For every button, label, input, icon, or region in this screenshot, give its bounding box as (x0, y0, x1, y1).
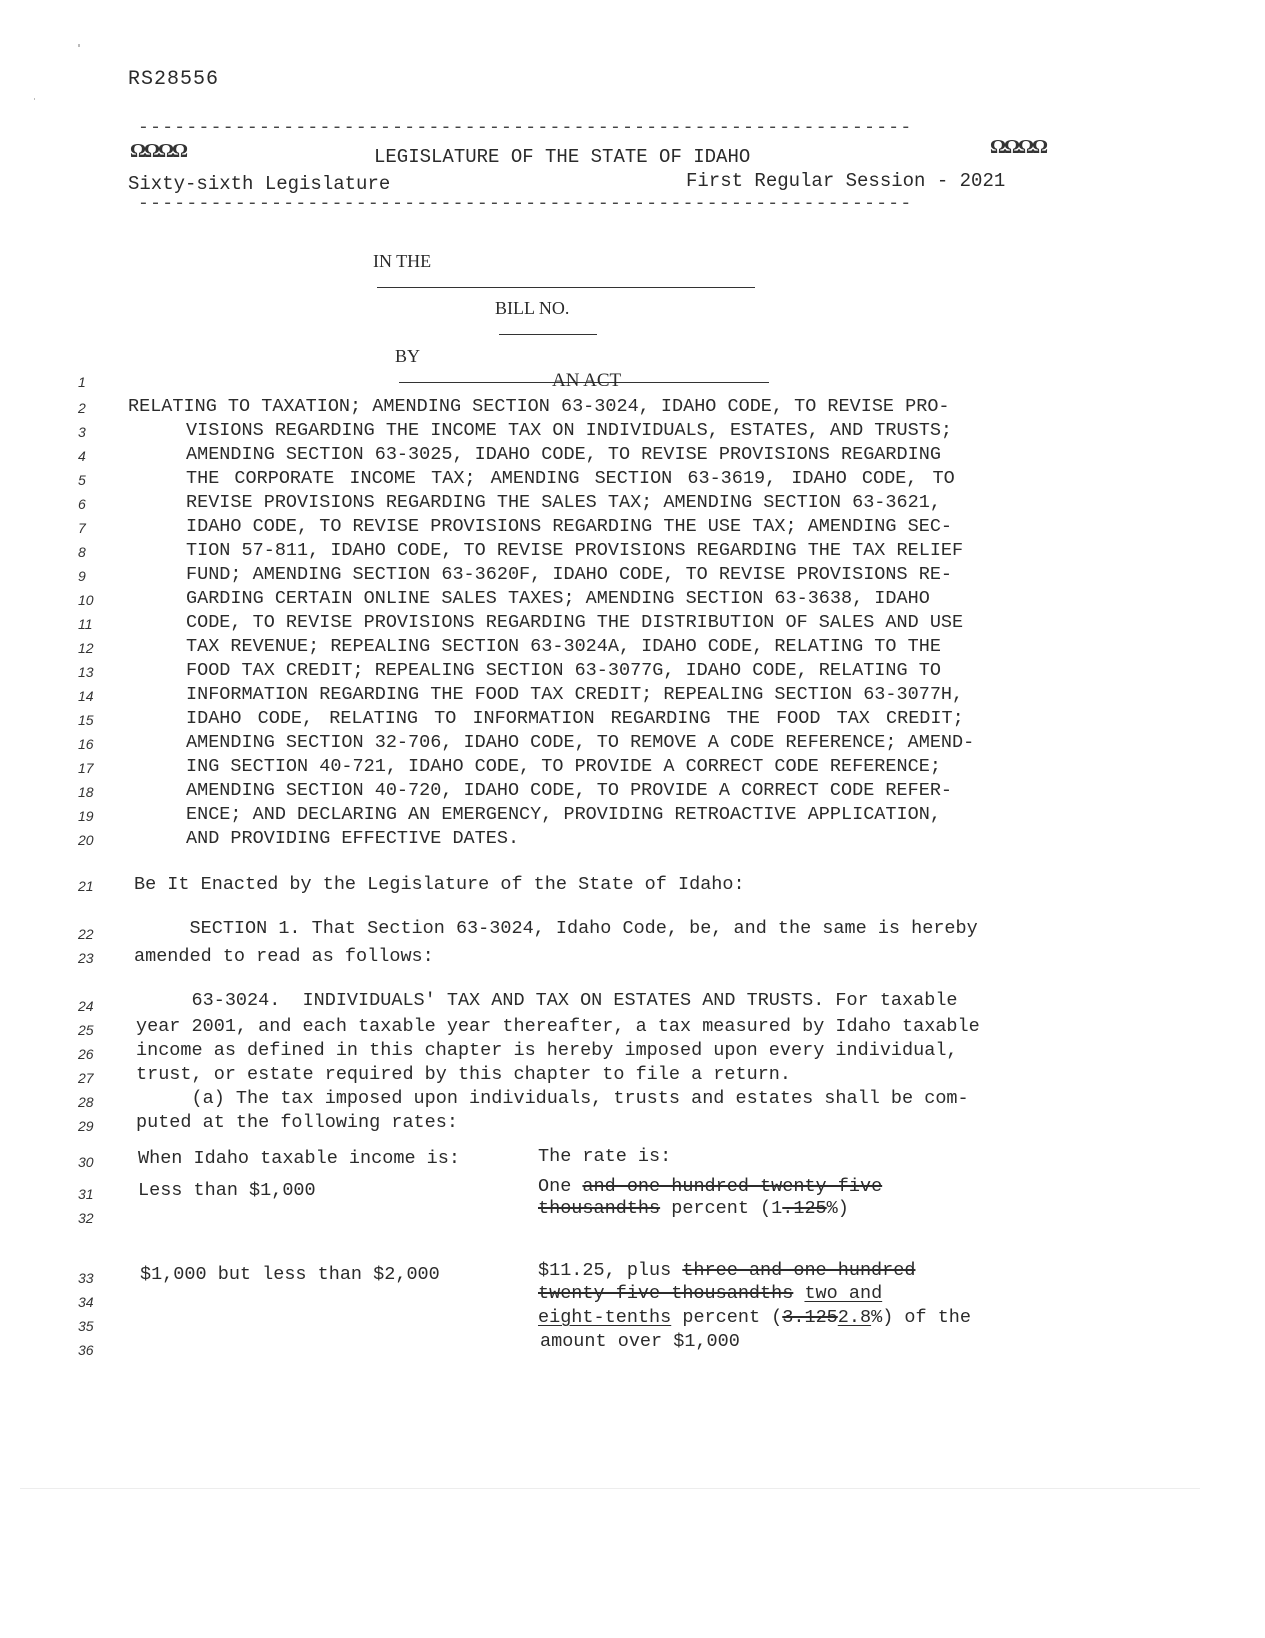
inserted-text: two and (804, 1283, 882, 1304)
header-bottom-rule: ----------------------------------------… (138, 194, 913, 214)
act-heading: AN ACT (552, 370, 621, 392)
act-title-line: AMENDING SECTION 63-3025, IDAHO CODE, TO… (186, 444, 941, 465)
rate-text: thousandths percent (1.125%) (538, 1198, 849, 1219)
line-number: 36 (78, 1342, 100, 1358)
rate-text: eight-tenths percent (3.1252.8%) of the (538, 1307, 971, 1328)
line-number: 20 (78, 832, 100, 848)
paragraph-line: year 2001, and each taxable year thereaf… (136, 1016, 980, 1037)
line-number: 10 (78, 592, 100, 608)
line-number: 29 (78, 1118, 100, 1134)
line-number: 24 (78, 998, 100, 1014)
rate-text: twenty five thousandths two and (538, 1283, 882, 1304)
line-number: 8 (78, 544, 100, 560)
paragraph-line: trust, or estate required by this chapte… (136, 1064, 791, 1085)
line-number: 2 (78, 400, 100, 416)
rate-text-kept: percent ( (671, 1307, 782, 1328)
rate-text-kept: %) (827, 1198, 849, 1219)
inserted-text: eight-tenths (538, 1307, 671, 1328)
line-number: 27 (78, 1070, 100, 1086)
line-number: 28 (78, 1094, 100, 1110)
line-number: 25 (78, 1022, 100, 1038)
paragraph-line: puted at the following rates: (136, 1112, 458, 1133)
deleted-text: thousandths (538, 1198, 660, 1219)
rate-text-kept: %) of the (871, 1307, 971, 1328)
session-label: First Regular Session - 2021 (686, 170, 1005, 192)
bill-no-label: BILL NO. (495, 298, 569, 318)
paragraph-line: 63-3024. INDIVIDUALS' TAX AND TAX ON EST… (136, 990, 958, 1011)
act-title-line: RELATING TO TAXATION; AMENDING SECTION 6… (128, 396, 950, 417)
rate-text-space (793, 1283, 804, 1304)
paragraph-line: (a) The tax imposed upon individuals, tr… (136, 1088, 969, 1109)
act-title-line: THE CORPORATE INCOME TAX; AMENDING SECTI… (186, 468, 955, 489)
line-number: 14 (78, 688, 100, 704)
act-title-line: GARDING CERTAIN ONLINE SALES TAXES; AMEN… (186, 588, 930, 609)
line-number: 32 (78, 1210, 100, 1226)
rate-text: One and one hundred twenty five (538, 1176, 882, 1197)
line-number: 19 (78, 808, 100, 824)
document-id: RS28556 (128, 68, 219, 91)
line-number: 9 (78, 568, 100, 584)
bracket-label: Less than $1,000 (138, 1180, 316, 1201)
header-top-rule: ----------------------------------------… (138, 118, 913, 138)
act-title-line: CODE, TO REVISE PROVISIONS REGARDING THE… (186, 612, 963, 633)
line-number: 11 (78, 616, 100, 632)
line-number: 6 (78, 496, 100, 512)
legislature-title: LEGISLATURE OF THE STATE OF IDAHO (374, 146, 750, 168)
line-number: 30 (78, 1154, 100, 1170)
line-number: 22 (78, 926, 100, 942)
line-number: 18 (78, 784, 100, 800)
deleted-text: and one hundred twenty five (582, 1176, 882, 1197)
rate-table-header-income: When Idaho taxable income is: (138, 1148, 460, 1169)
line-number: 12 (78, 640, 100, 656)
paragraph-line: income as defined in this chapter is her… (136, 1040, 958, 1061)
act-title-line: REVISE PROVISIONS REGARDING THE SALES TA… (186, 492, 941, 513)
legislature-seal-right-icon: ΩΩΩΩ (990, 136, 1046, 159)
line-number: 31 (78, 1186, 100, 1202)
line-number: 15 (78, 712, 100, 728)
line-number: 7 (78, 520, 100, 536)
line-number: 23 (78, 950, 100, 966)
legislature-number: Sixty-sixth Legislature (128, 173, 390, 195)
line-number: 34 (78, 1294, 100, 1310)
act-title-line: AMENDING SECTION 40-720, IDAHO CODE, TO … (186, 780, 952, 801)
line-number: 17 (78, 760, 100, 776)
rate-text-kept: percent (1 (660, 1198, 782, 1219)
line-number: 4 (78, 448, 100, 464)
rate-text-kept: $11.25, plus (538, 1260, 682, 1281)
act-title-line: ENCE; AND DECLARING AN EMERGENCY, PROVID… (186, 804, 941, 825)
section-1-intro-cont: amended to read as follows: (134, 946, 434, 967)
act-title-line: INFORMATION REGARDING THE FOOD TAX CREDI… (186, 684, 963, 705)
line-number: 5 (78, 472, 100, 488)
deleted-text: 3.125 (782, 1307, 838, 1328)
scan-speck (34, 98, 35, 100)
scan-speck (78, 44, 80, 47)
act-title-line: FUND; AMENDING SECTION 63-3620F, IDAHO C… (186, 564, 952, 585)
act-title-line: IDAHO CODE, RELATING TO INFORMATION REGA… (186, 708, 964, 729)
line-number: 35 (78, 1318, 100, 1334)
act-title-line: IDAHO CODE, TO REVISE PROVISIONS REGARDI… (186, 516, 952, 537)
act-title-line: VISIONS REGARDING THE INCOME TAX ON INDI… (186, 420, 952, 441)
by-label: BY (395, 346, 420, 366)
in-the-label: IN THE (373, 251, 431, 271)
line-number: 16 (78, 736, 100, 752)
line-number: 13 (78, 664, 100, 680)
rate-text-kept: One (538, 1176, 582, 1197)
rate-table-header-rate: The rate is: (538, 1146, 671, 1167)
act-title-line: AMENDING SECTION 32-706, IDAHO CODE, TO … (186, 732, 974, 753)
line-number: 26 (78, 1046, 100, 1062)
section-1-intro: SECTION 1. That Section 63-3024, Idaho C… (134, 918, 978, 939)
enacting-clause: Be It Enacted by the Legislature of the … (134, 874, 745, 895)
act-title-line: TION 57-811, IDAHO CODE, TO REVISE PROVI… (186, 540, 963, 561)
deleted-text: twenty five thousandths (538, 1283, 793, 1304)
bracket-label: $1,000 but less than $2,000 (140, 1264, 440, 1285)
act-title-line: AND PROVIDING EFFECTIVE DATES. (186, 828, 519, 849)
act-title-line: TAX REVENUE; REPEALING SECTION 63-3024A,… (186, 636, 941, 657)
rate-text: $11.25, plus three and one hundred (538, 1260, 915, 1281)
act-title-line: ING SECTION 40-721, IDAHO CODE, TO PROVI… (186, 756, 941, 777)
legislature-seal-left-icon: ΩΩΩΩ (130, 140, 186, 163)
deleted-text: three and one hundred (682, 1260, 915, 1281)
rate-text: amount over $1,000 (540, 1331, 740, 1352)
inserted-text: 2.8 (838, 1307, 871, 1328)
line-number: 3 (78, 424, 100, 440)
line-number: 21 (78, 878, 100, 894)
deleted-text: .125 (782, 1198, 826, 1219)
line-number: 1 (78, 374, 100, 390)
page-bottom-edge (20, 1488, 1200, 1489)
line-number: 33 (78, 1270, 100, 1286)
act-title-line: FOOD TAX CREDIT; REPEALING SECTION 63-30… (186, 660, 941, 681)
